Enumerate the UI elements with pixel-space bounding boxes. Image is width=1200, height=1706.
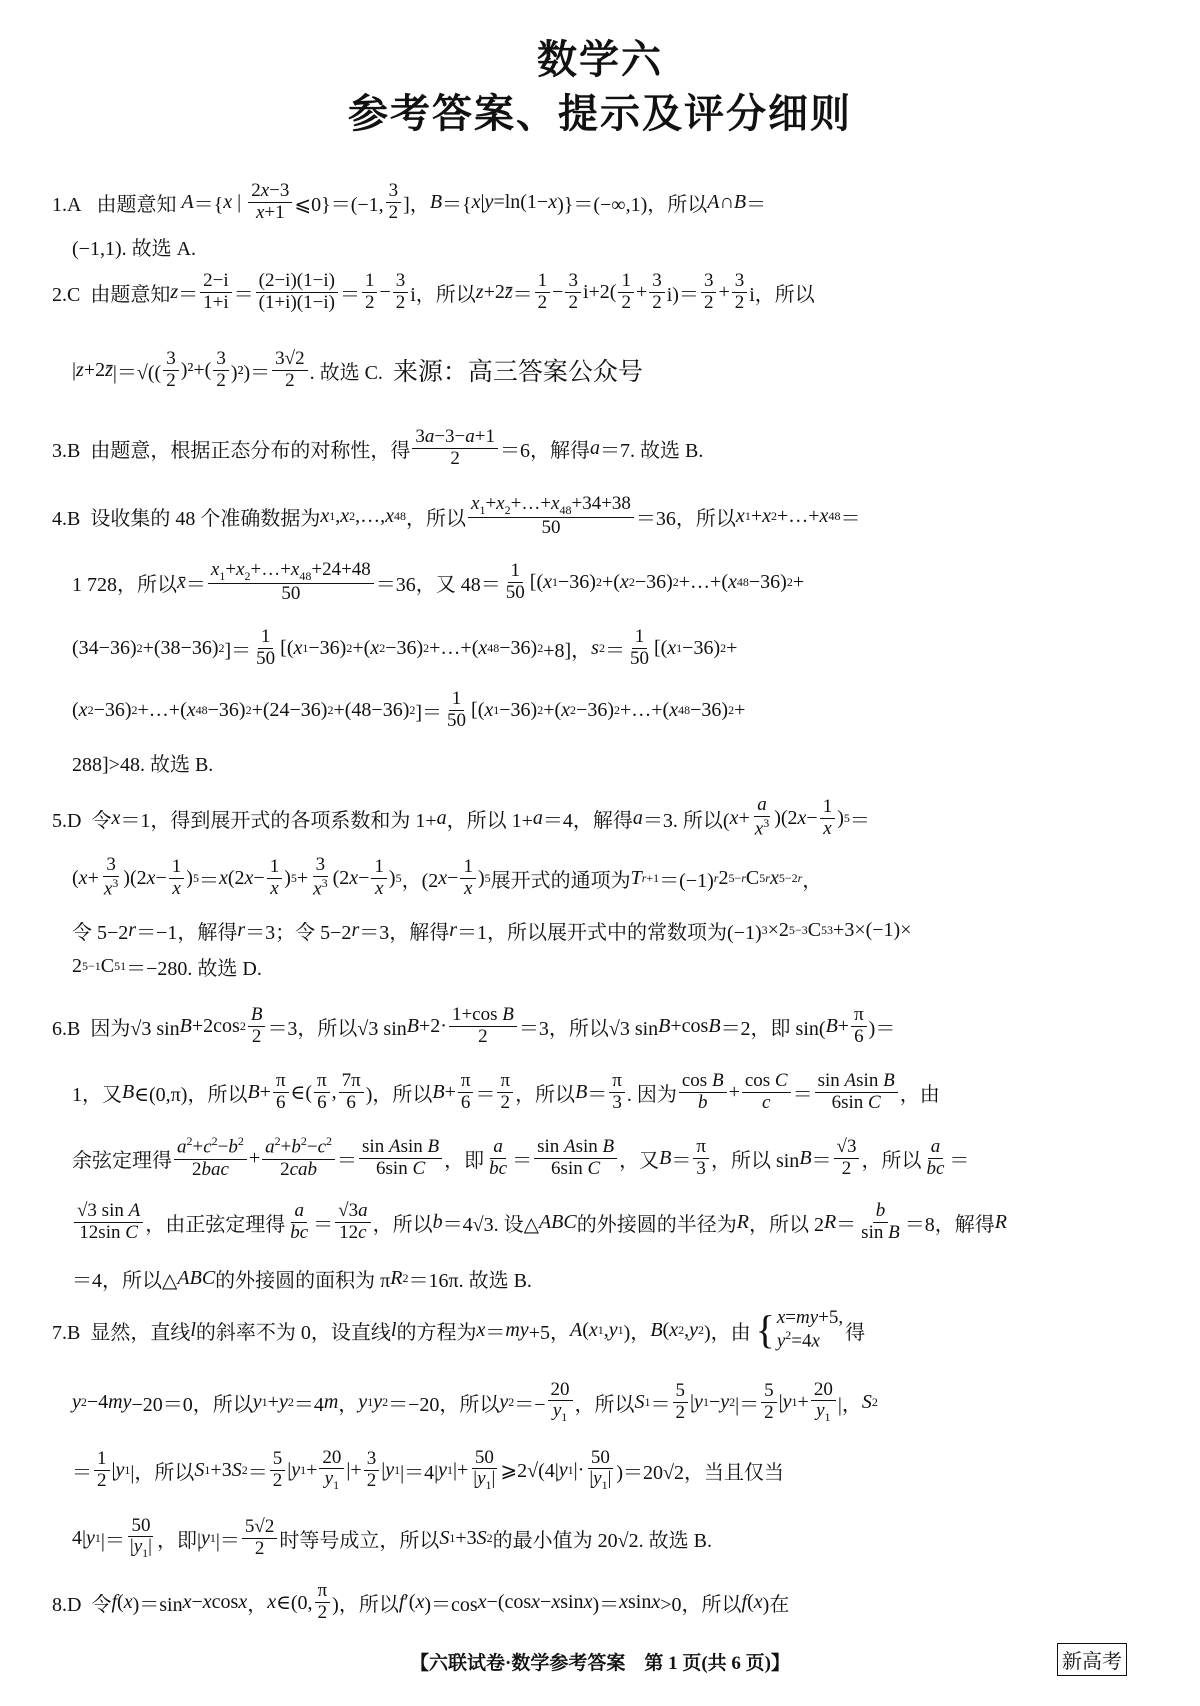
answer-4-line-5: 288]>48. 故选 B. bbox=[72, 732, 1148, 792]
page-title: 数学六 bbox=[0, 28, 1200, 85]
answer-6-line-2: 1，又 B∈(0,π)，所以 B+π6∈(π6,7π6)，所以 B+π6＝π2，… bbox=[72, 1062, 1148, 1122]
answer-4-line-4: (x2−36)2+…+(x48−36)2+(24−36)2+(48−36)2]＝… bbox=[72, 680, 1148, 740]
page-footer: 【六联试卷·数学参考答案 第 1 页(共 6 页)】 bbox=[0, 1648, 1200, 1675]
answer-8-line-1: 8.D 令 f(x)＝sin x−xcos x，x∈(0,π2)，所以 f′(x… bbox=[52, 1572, 1148, 1632]
watermark: 来源：高三答案公众号 bbox=[393, 352, 643, 388]
answer-7-line-3: ＝12|y1|，所以 S1+3S2＝52|y1+20y1|+32|y1|＝4|y… bbox=[72, 1440, 1148, 1500]
answer-4-line-3: (34−36)2+(38−36)2]＝150[(x1−36)2+(x2−36)2… bbox=[72, 618, 1148, 678]
answer-5-line-1: 5.D 令 x＝1，得到展开式的各项系数和为 1+a，所以 1+a＝4，解得 a… bbox=[52, 788, 1148, 848]
answer-4-line-2: 1 728，所以 x̄＝x1+x2+…+x48+24+4850＝36，又 48＝… bbox=[72, 552, 1148, 612]
answer-7-line-1: 7.B 显然，直线 l 的斜率不为 0，设直线 l 的方程为 x＝my+5，A(… bbox=[52, 1300, 1148, 1360]
answer-2-line-1: 2.C 由题意知 z＝2−i1+i＝(2−i)(1−i)(1+i)(1−i)＝1… bbox=[52, 262, 1148, 322]
answer-3-line-1: 3.B 由题意，根据正态分布的对称性，得3a−3−a+12＝6，解得 a＝7. … bbox=[52, 418, 1148, 478]
answer-7-line-2: y2−4my−20＝0，所以 y1+y2＝4m，y1y2＝−20，所以 y2＝−… bbox=[72, 1372, 1148, 1432]
answer-5-line-2: (x+3x3)(2x−1x)5＝x(2x−1x)5+3x3(2x−1x)5，(2… bbox=[72, 848, 1148, 908]
answer-7-line-4: 4|y1|＝50|y1|，即|y1|＝5√22时等号成立，所以 S1+3S2 的… bbox=[72, 1508, 1148, 1568]
answer-2-line-2: |z+2z̄|＝√((32)²+(32)²)＝3√22. 故选 C. 来源：高三… bbox=[72, 340, 1148, 400]
answer-6-line-1: 6.B 因为√3 sin B+2cos2 B2＝3，所以√3 sin B+2·1… bbox=[52, 996, 1148, 1056]
answer-6-line-4: √3 sin A12sin C，由正弦定理得abc＝√3a12c，所以 b＝4√… bbox=[72, 1192, 1148, 1252]
page-subtitle: 参考答案、提示及评分细则 bbox=[0, 82, 1200, 139]
answer-5-line-4: 25−1C51＝−280. 故选 D. bbox=[72, 936, 1148, 996]
answer-4-line-1: 4.B 设收集的 48 个准确数据为 x1,x2,…,x48，所以x1+x2+…… bbox=[52, 486, 1148, 546]
edition-badge: 新高考 bbox=[1057, 1643, 1127, 1676]
answer-6-line-3: 余弦定理得a2+c2−b22bac+a2+b2−c22cab＝sin Asin … bbox=[72, 1128, 1148, 1188]
answer-6-line-5: ＝4，所以△ABC 的外接圆的面积为 πR2＝16π. 故选 B. bbox=[72, 1248, 1148, 1308]
